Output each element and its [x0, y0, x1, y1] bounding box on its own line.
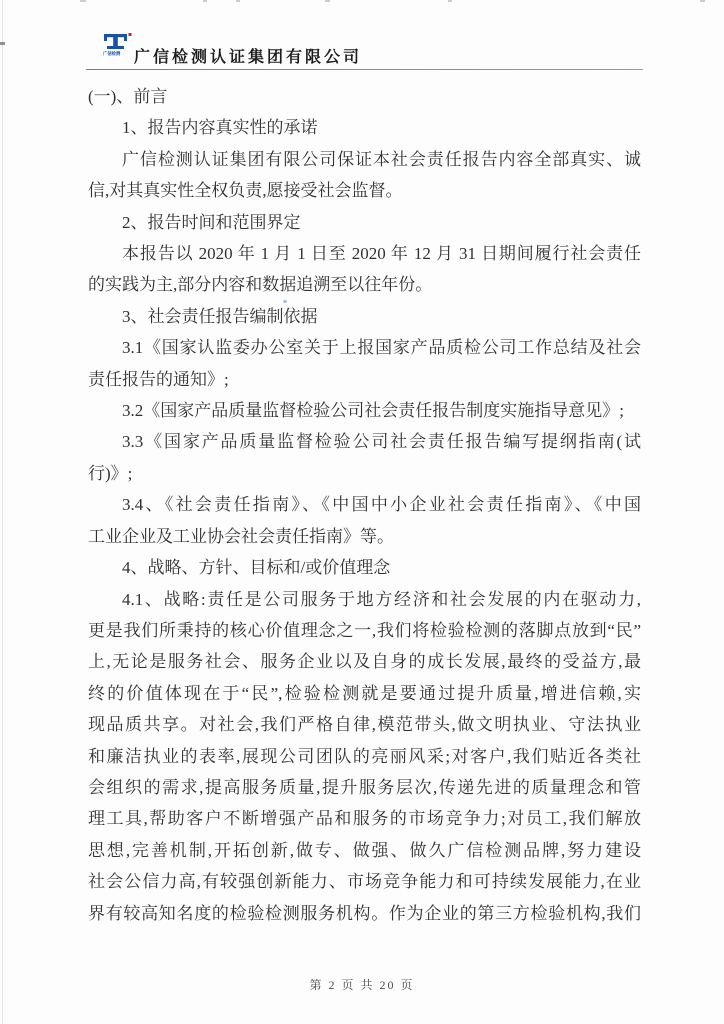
- text-line: 4、战略、方针、目标和/或价值理念: [88, 552, 641, 583]
- text-line: 3.3《国家产品质量监督检验公司社会责任报告编写提纲指南(试: [88, 426, 641, 457]
- page-footer: 第 2 页 共 20 页: [0, 976, 724, 993]
- scan-speck: [700, 0, 705, 2]
- text-line: 上,无论是服务社会、服务企业以及自身的成长发展,最终的受益方,最: [88, 646, 641, 677]
- text-line: 3.2《国家产品质量监督检验公司社会责任报告制度实施指导意见》;: [88, 395, 641, 426]
- text-line: 理工具,帮助客户不断增强产品和服务的市场竞争力;对员工,我们解放: [88, 803, 641, 834]
- company-logo-icon: [103, 33, 133, 50]
- text-line: 终的价值体现在于“民”,检验检测就是要通过提升质量,增进信赖,实: [88, 678, 641, 709]
- text-line: 社会公信力高,有较强创新能力、市场竞争能力和可持续发展能力,在业: [88, 866, 641, 897]
- company-name: 广信检测认证集团有限公司: [134, 49, 362, 67]
- scan-speck: [325, 0, 330, 2]
- text-line: 广信检测认证集团有限公司保证本社会责任报告内容全部真实、诚: [88, 144, 641, 175]
- text-line: 界有较高知名度的检验检测服务机构。作为企业的第三方检验机构,我们: [88, 898, 641, 929]
- text-line: 本报告以 2020 年 1 月 1 日至 2020 年 12 月 31 日期间履…: [88, 238, 641, 269]
- text-line: 4.1、战略:责任是公司服务于地方经济和社会发展的内在驱动力,: [88, 584, 641, 615]
- text-line: 3、社会责任报告编制依据: [88, 301, 641, 332]
- scan-speck: [448, 0, 452, 2]
- text-line: 3.4、《社会责任指南》、《中国中小企业社会责任指南》、《中国: [88, 489, 641, 520]
- text-line: 会组织的需求,提高服务质量,提升服务层次,传递先进的质量理念和管: [88, 772, 641, 803]
- company-logo: 广信检测: [103, 33, 133, 63]
- scan-speck: [80, 0, 86, 2]
- text-line: (一)、前言: [88, 81, 641, 112]
- text-line: 信,对其真实性全权负责,愿接受社会监督。: [88, 175, 641, 206]
- document-page: 广信检测 广信检测认证集团有限公司 (一)、前言1、报告内容真实性的承诺广信检测…: [0, 0, 724, 1024]
- header-divider: [86, 69, 643, 70]
- text-line: 1、报告内容真实性的承诺: [88, 112, 641, 143]
- text-line: 更是我们所秉持的核心价值理念之一,我们将检验检测的落脚点放到“民”: [88, 615, 641, 646]
- text-line: 的实践为主,部分内容和数据追溯至以往年份。: [88, 269, 641, 300]
- scan-edge-line: [2, 0, 3, 1024]
- text-line: 和廉洁执业的表率,展现公司团队的亮丽风采;对客户,我们贴近各类社: [88, 741, 641, 772]
- text-line: 思想,完善机制,开拓创新,做专、做强、做久广信检测品牌,努力建设: [88, 835, 641, 866]
- scan-speck: [203, 0, 207, 2]
- document-body: (一)、前言1、报告内容真实性的承诺广信检测认证集团有限公司保证本社会责任报告内…: [88, 81, 641, 929]
- page-number: 第 2 页 共 20 页: [309, 978, 414, 992]
- logo-registered-mark: [129, 33, 132, 36]
- scan-edge-mark: [0, 42, 5, 45]
- text-line: 行)》;: [88, 458, 641, 489]
- text-line: 责任报告的通知》;: [88, 364, 641, 395]
- text-line: 现品质共享。对社会,我们严格自律,模范带头,做文明执业、守法执业: [88, 709, 641, 740]
- text-line: 工业企业及工业协会社会责任指南》等。: [88, 521, 641, 552]
- text-line: 2、报告时间和范围界定: [88, 207, 641, 238]
- logo-caption: 广信检测: [103, 52, 122, 56]
- scan-speck: [236, 0, 240, 2]
- text-line: 3.1《国家认监委办公室关于上报国家产品质检公司工作总结及社会: [88, 332, 641, 363]
